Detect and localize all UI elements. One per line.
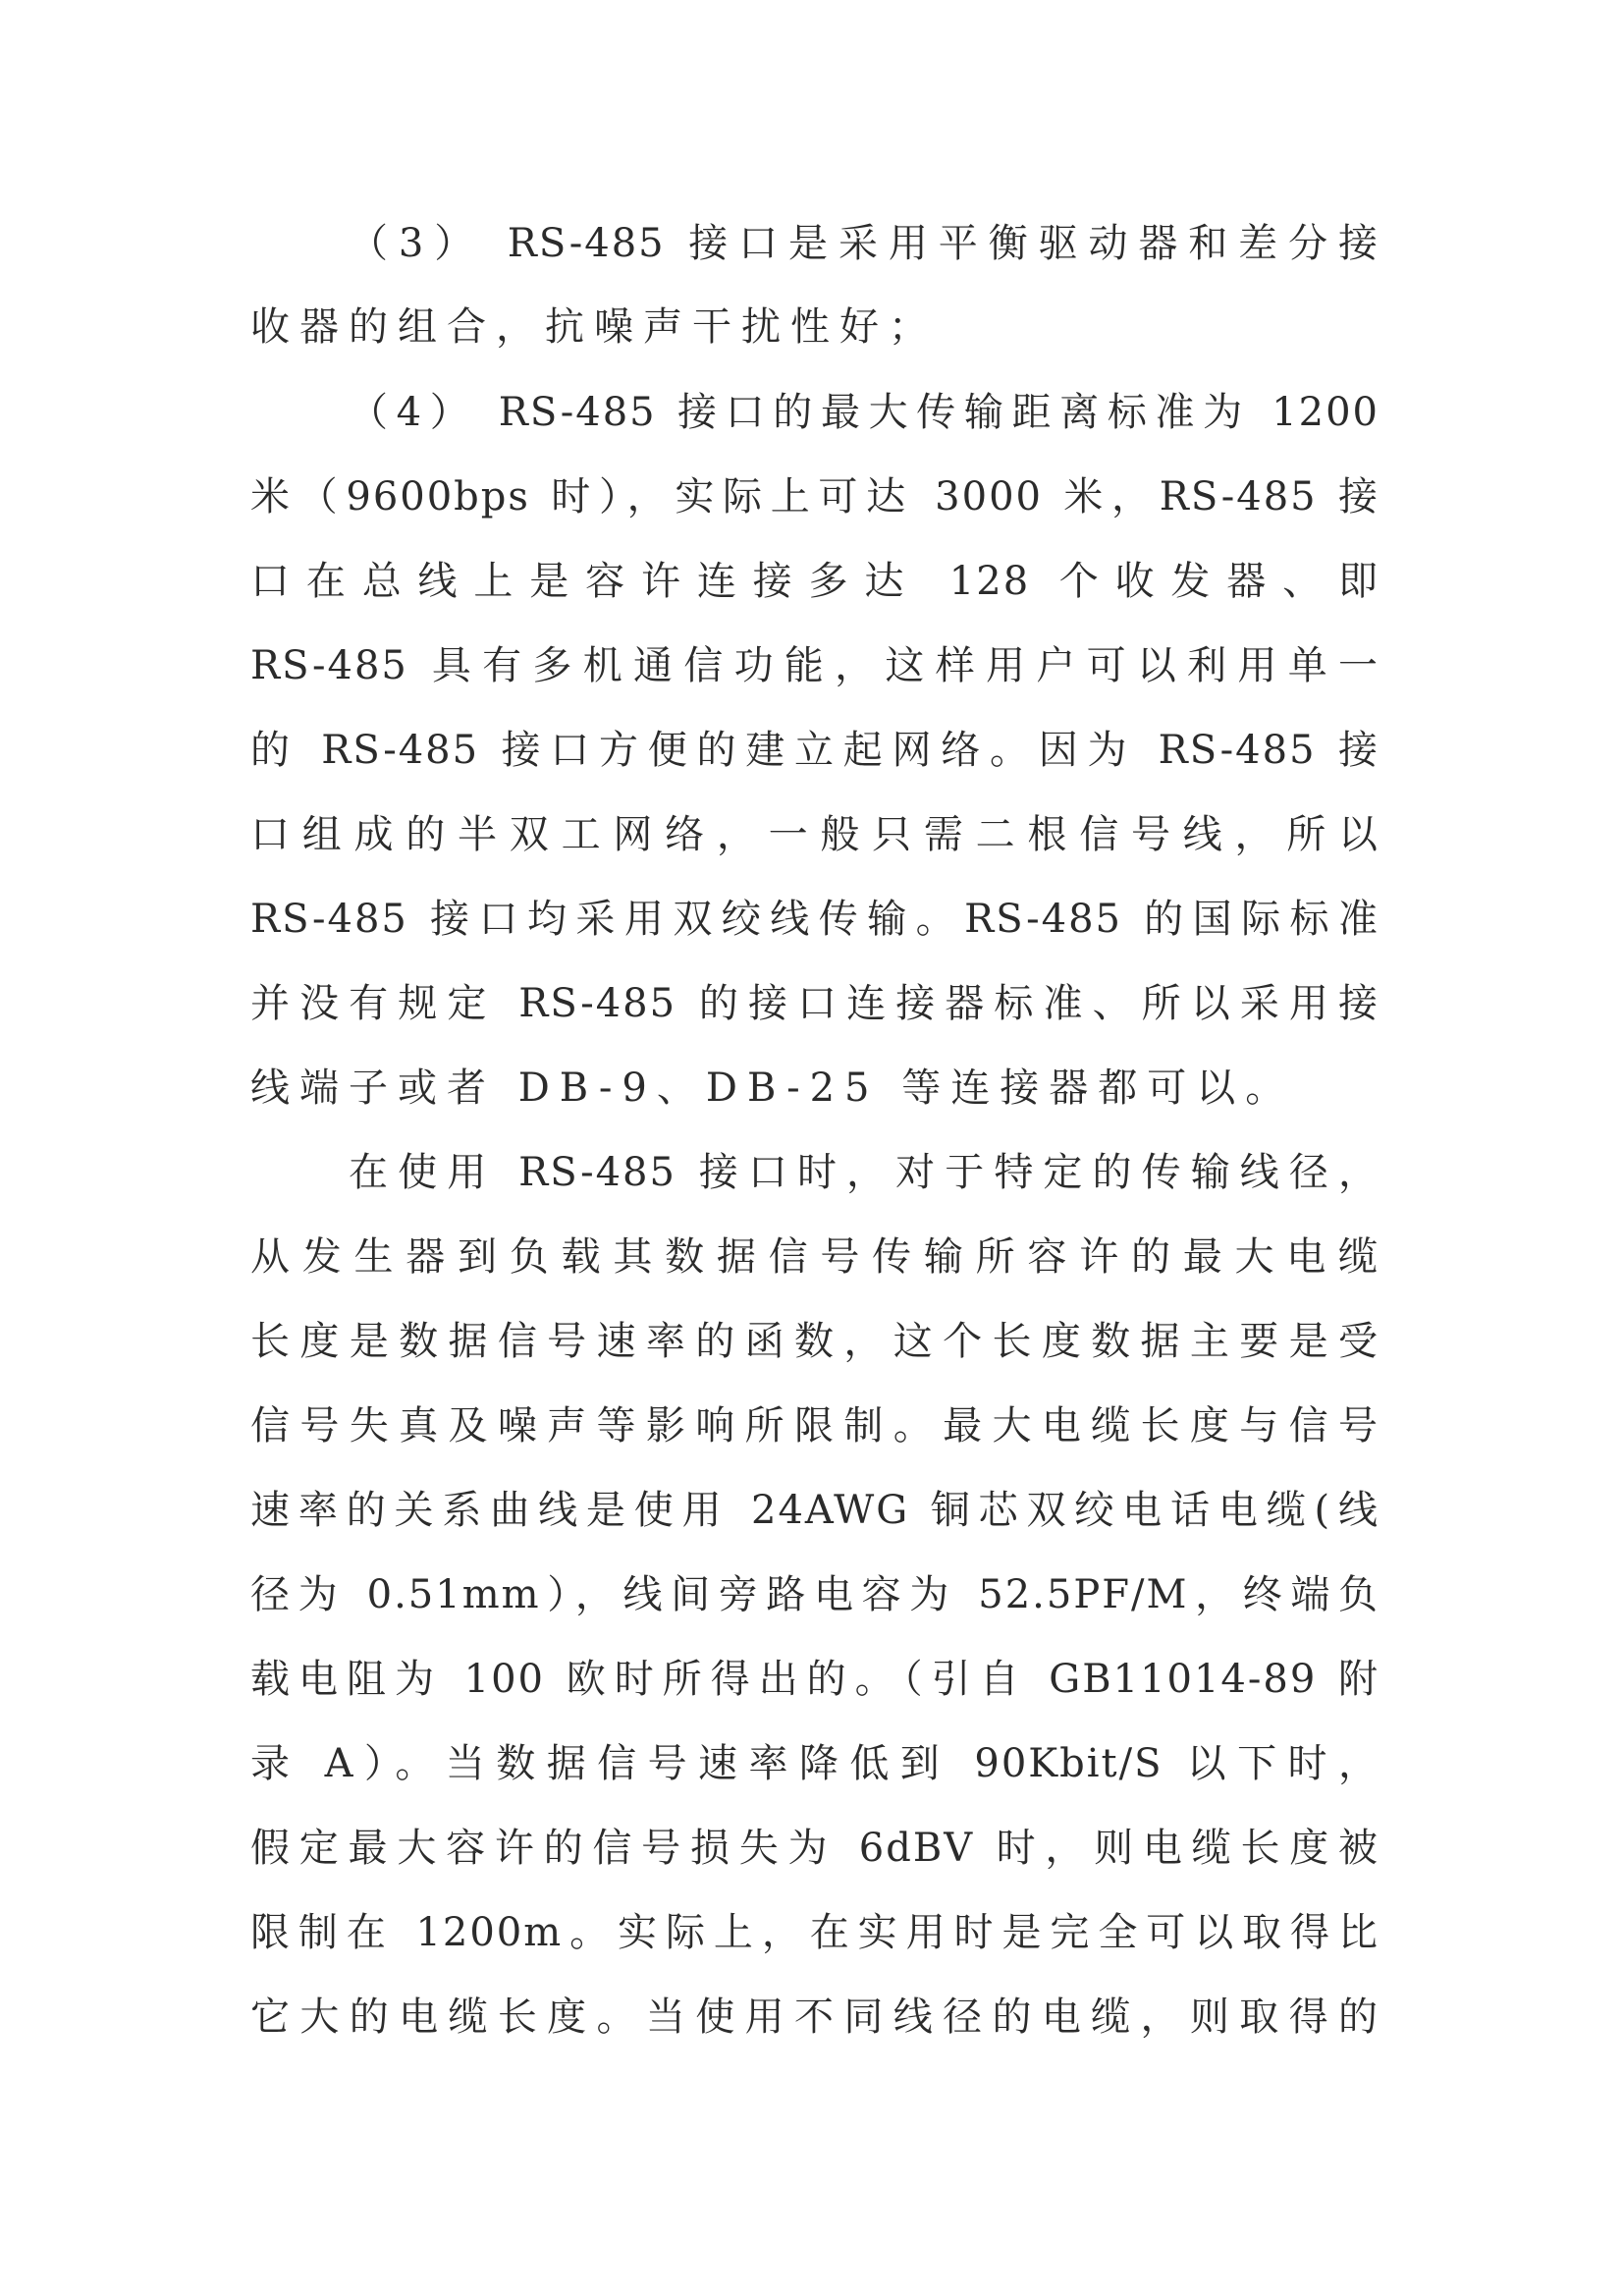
paragraph-3-line-1: （3） RS-485 接口是采用平衡驱动器和差分接 [349,214,1380,273]
paragraph-cable-line-3: 长度是数据信号速率的函数，这个长度数据主要是受 [250,1312,1380,1371]
paragraph-4-line-3: 口在总线上是容许连接多达 128 个收发器、即 [250,552,1380,611]
paragraph-4-line-5: 的 RS-485 接口方便的建立起网络。因为 RS-485 接 [250,721,1380,780]
paragraph-4-line-7: RS-485 接口均采用双绞线传输。RS-485 的国际标准 [250,890,1380,949]
paragraph-4-line-4: RS-485 具有多机通信功能，这样用户可以利用单一 [250,636,1380,695]
paragraph-3-line-2: 收器的组合，抗噪声干扰性好； [250,298,1380,356]
paragraph-cable-line-4: 信号失真及噪声等影响所限制。最大电缆长度与信号 [250,1396,1380,1455]
paragraph-4-line-1: （4） RS-485 接口的最大传输距离标准为 1200 [349,383,1380,442]
document-page: （3） RS-485 接口是采用平衡驱动器和差分接 收器的组合，抗噪声干扰性好；… [0,0,1623,2296]
paragraph-4-line-2: 米（9600bps 时），实际上可达 3000 米，RS-485 接 [250,467,1380,526]
paragraph-cable-line-7: 载电阻为 100 欧时所得出的。（引自 GB11014-89 附 [250,1650,1380,1709]
paragraph-4-line-6: 口组成的半双工网络，一般只需二根信号线，所以 [250,805,1380,864]
paragraph-cable-line-2: 从发生器到负载其数据信号传输所容许的最大电缆 [250,1228,1380,1286]
paragraph-cable-line-8: 录 A）。当数据信号速率降低到 90Kbit/S 以下时， [250,1734,1380,1793]
paragraph-4-line-8: 并没有规定 RS-485 的接口连接器标准、所以采用接 [250,974,1380,1033]
paragraph-cable-line-6: 径为 0.51mm），线间旁路电容为 52.5PF/M，终端负 [250,1565,1380,1624]
paragraph-cable-line-11: 它大的电缆长度。当使用不同线径的电缆，则取得的 [250,1988,1380,2047]
paragraph-cable-line-10: 限制在 1200m。实际上，在实用时是完全可以取得比 [250,1903,1380,1962]
paragraph-4-line-9: 线端子或者 DB-9、DB-25 等连接器都可以。 [250,1059,1380,1118]
paragraph-cable-line-1: 在使用 RS-485 接口时，对于特定的传输线径， [349,1143,1380,1202]
paragraph-cable-line-5: 速率的关系曲线是使用 24AWG 铜芯双绞电话电缆(线 [250,1481,1380,1540]
paragraph-cable-line-9: 假定最大容许的信号损失为 6dBV 时，则电缆长度被 [250,1819,1380,1878]
